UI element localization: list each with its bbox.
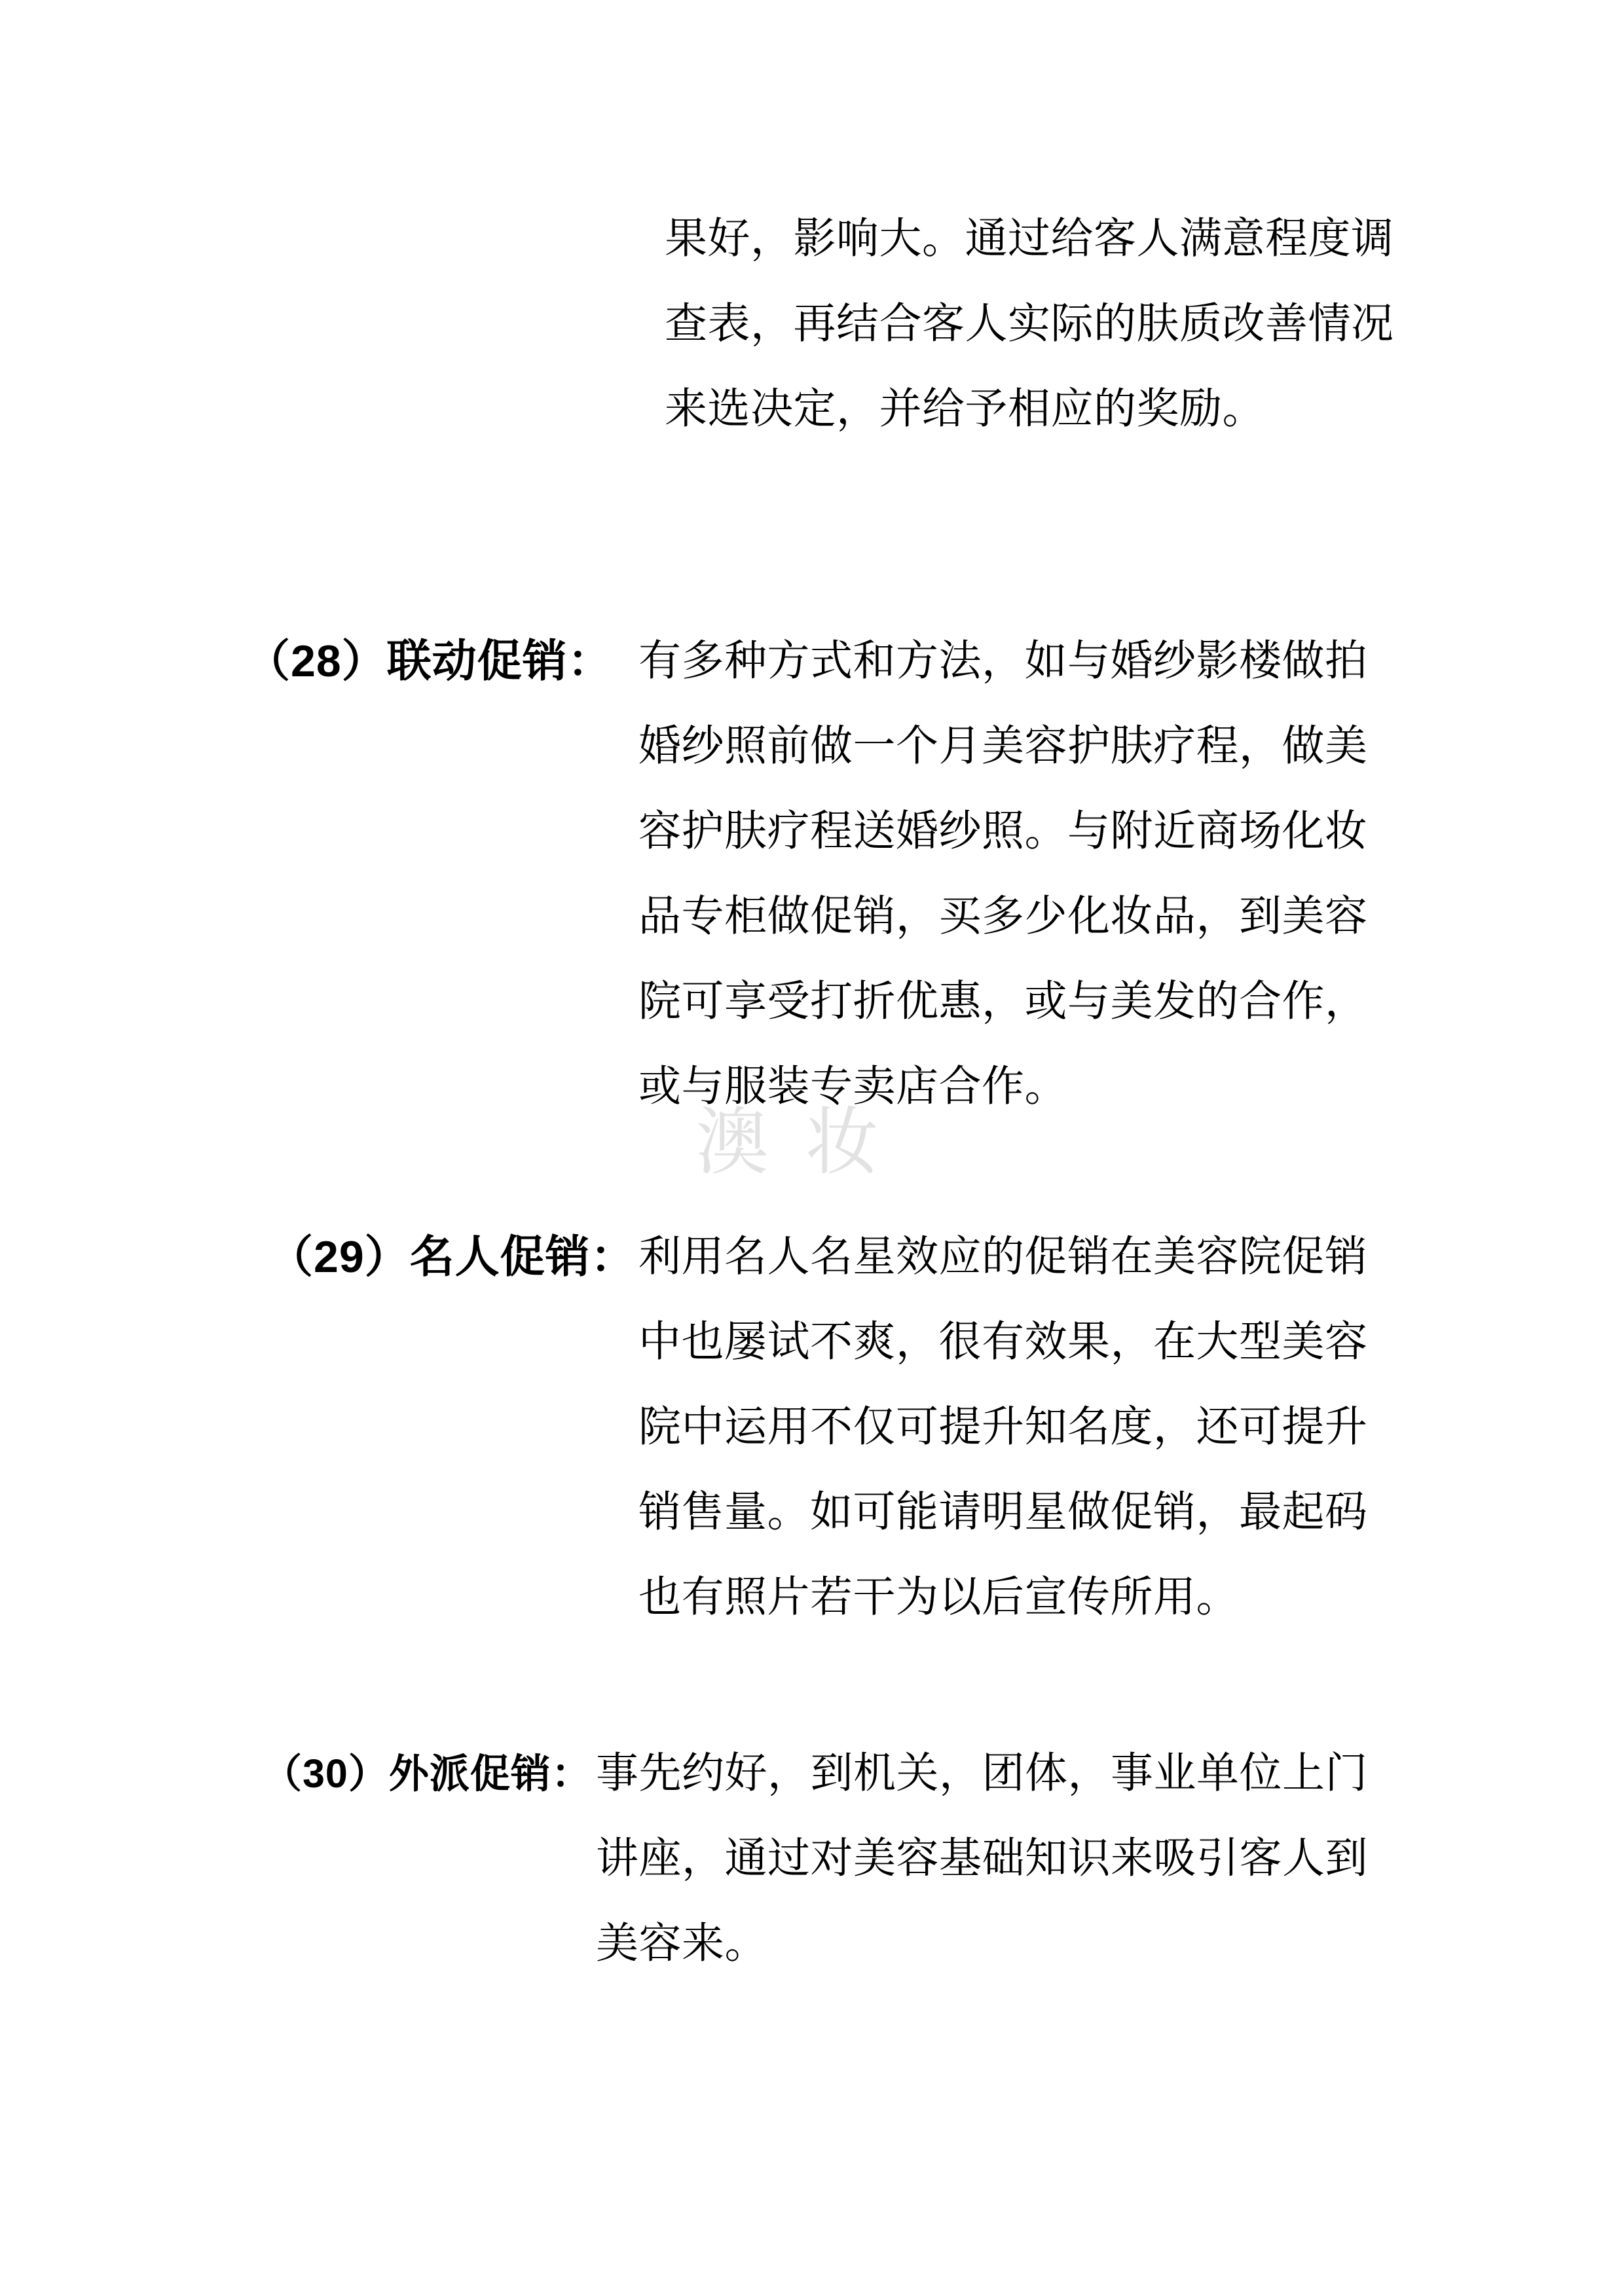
section-28: （28）联动促销： 有多种方式和方法，如与婚纱影楼做拍 婚纱照前做一个月美容护肤… (0, 619, 1624, 1129)
document-page: 果好，影响大。通过给客人满意程度调 查表，再结合客人实际的肤质改善情况 来选决定… (0, 0, 1624, 2296)
section-30: （30）外派促销： 事先约好，到机关，团体，事业单位上门 讲座，通过对美容基础知… (0, 1731, 1624, 1986)
watermark: 澳妆 (695, 1106, 915, 1180)
section-28-heading: （28）联动促销： (246, 619, 613, 704)
continuation-paragraph: 果好，影响大。通过给客人满意程度调 查表，再结合客人实际的肤质改善情况 来选决定… (665, 196, 1394, 452)
section-30-body: 事先约好，到机关，团体，事业单位上门 讲座，通过对美容基础知识来吸引客人到 美容… (0, 1731, 1624, 1986)
section-29-heading: （29）名人促销： (268, 1214, 636, 1300)
section-28-body: 有多种方式和方法，如与婚纱影楼做拍 婚纱照前做一个月美容护肤疗程，做美 容护肤疗… (0, 619, 1624, 1129)
section-30-heading: （30）外派促销： (262, 1731, 592, 1816)
section-29-body: 利用名人名星效应的促销在美容院促销 中也屡试不爽，很有效果，在大型美容 院中运用… (0, 1214, 1624, 1640)
section-29: （29）名人促销： 利用名人名星效应的促销在美容院促销 中也屡试不爽，很有效果，… (0, 1214, 1624, 1640)
